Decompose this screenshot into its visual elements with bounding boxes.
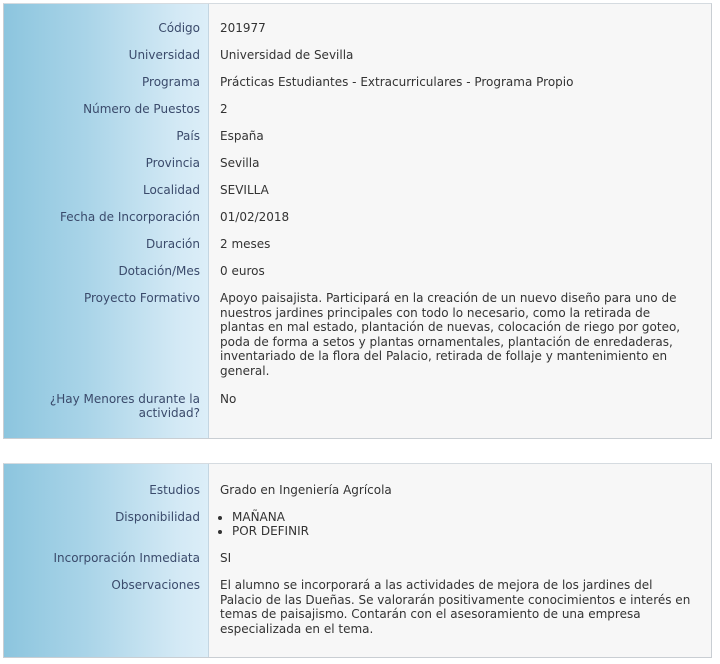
detail-label: Número de Puestos xyxy=(4,98,200,116)
detail-value: Apoyo paisajista. Participará en la crea… xyxy=(220,287,698,379)
value-estudios: Grado en Ingeniería Agrícola xyxy=(220,479,698,497)
detail-value: SEVILLA xyxy=(220,179,698,197)
detail-row: Proyecto FormativoApoyo paisajista. Part… xyxy=(4,287,711,388)
label-incorporacion-inmediata: Incorporación Inmediata xyxy=(4,547,200,565)
detail-row: PaísEspaña xyxy=(4,125,711,152)
detail-value: 201977 xyxy=(220,17,698,35)
requirements-rows: Estudios Grado en Ingeniería Agrícola Di… xyxy=(4,479,711,657)
detail-value: Sevilla xyxy=(220,152,698,170)
detail-value: 2 meses xyxy=(220,233,698,251)
label-estudios: Estudios xyxy=(4,479,200,497)
disponibilidad-item: MAÑANA xyxy=(232,510,698,524)
row-observaciones: Observaciones El alumno se incorporará a… xyxy=(4,574,711,636)
detail-row: UniversidadUniversidad de Sevilla xyxy=(4,44,711,71)
detail-label: Dotación/Mes xyxy=(4,260,200,278)
value-disponibilidad: MAÑANA POR DEFINIR xyxy=(220,506,698,538)
detail-value: 0 euros xyxy=(220,260,698,278)
detail-label: Duración xyxy=(4,233,200,251)
detail-row: ProgramaPrácticas Estudiantes - Extracur… xyxy=(4,71,711,98)
offer-details-rows: Código201977UniversidadUniversidad de Se… xyxy=(4,17,711,438)
offer-details-panel: Código201977UniversidadUniversidad de Se… xyxy=(3,3,712,439)
detail-row: Duración2 meses xyxy=(4,233,711,260)
value-observaciones: El alumno se incorporará a las actividad… xyxy=(220,574,698,636)
detail-value: No xyxy=(220,388,698,406)
detail-row: Número de Puestos2 xyxy=(4,98,711,125)
detail-value: España xyxy=(220,125,698,143)
detail-label: Localidad xyxy=(4,179,200,197)
detail-value: 01/02/2018 xyxy=(220,206,698,224)
label-observaciones: Observaciones xyxy=(4,574,200,592)
disponibilidad-list: MAÑANA POR DEFINIR xyxy=(220,510,698,538)
value-incorporacion-inmediata: SI xyxy=(220,547,698,565)
row-incorporacion-inmediata: Incorporación Inmediata SI xyxy=(4,547,711,574)
requirements-panel: Estudios Grado en Ingeniería Agrícola Di… xyxy=(3,463,712,658)
label-disponibilidad: Disponibilidad xyxy=(4,506,200,524)
detail-row: Código201977 xyxy=(4,17,711,44)
detail-label: Fecha de Incorporación xyxy=(4,206,200,224)
row-estudios: Estudios Grado en Ingeniería Agrícola xyxy=(4,479,711,506)
detail-row: LocalidadSEVILLA xyxy=(4,179,711,206)
detail-row: Dotación/Mes0 euros xyxy=(4,260,711,287)
detail-row: ProvinciaSevilla xyxy=(4,152,711,179)
row-disponibilidad: Disponibilidad MAÑANA POR DEFINIR xyxy=(4,506,711,547)
detail-label: Código xyxy=(4,17,200,35)
disponibilidad-item: POR DEFINIR xyxy=(232,524,698,538)
detail-value: Universidad de Sevilla xyxy=(220,44,698,62)
detail-label: País xyxy=(4,125,200,143)
detail-row: ¿Hay Menores durante la actividad?No xyxy=(4,388,711,420)
detail-label: Proyecto Formativo xyxy=(4,287,200,305)
detail-label: Provincia xyxy=(4,152,200,170)
detail-label: Programa xyxy=(4,71,200,89)
detail-label: Universidad xyxy=(4,44,200,62)
detail-label: ¿Hay Menores durante la actividad? xyxy=(4,388,200,420)
detail-value: 2 xyxy=(220,98,698,116)
detail-row: Fecha de Incorporación01/02/2018 xyxy=(4,206,711,233)
detail-value: Prácticas Estudiantes - Extracurriculare… xyxy=(220,71,698,89)
